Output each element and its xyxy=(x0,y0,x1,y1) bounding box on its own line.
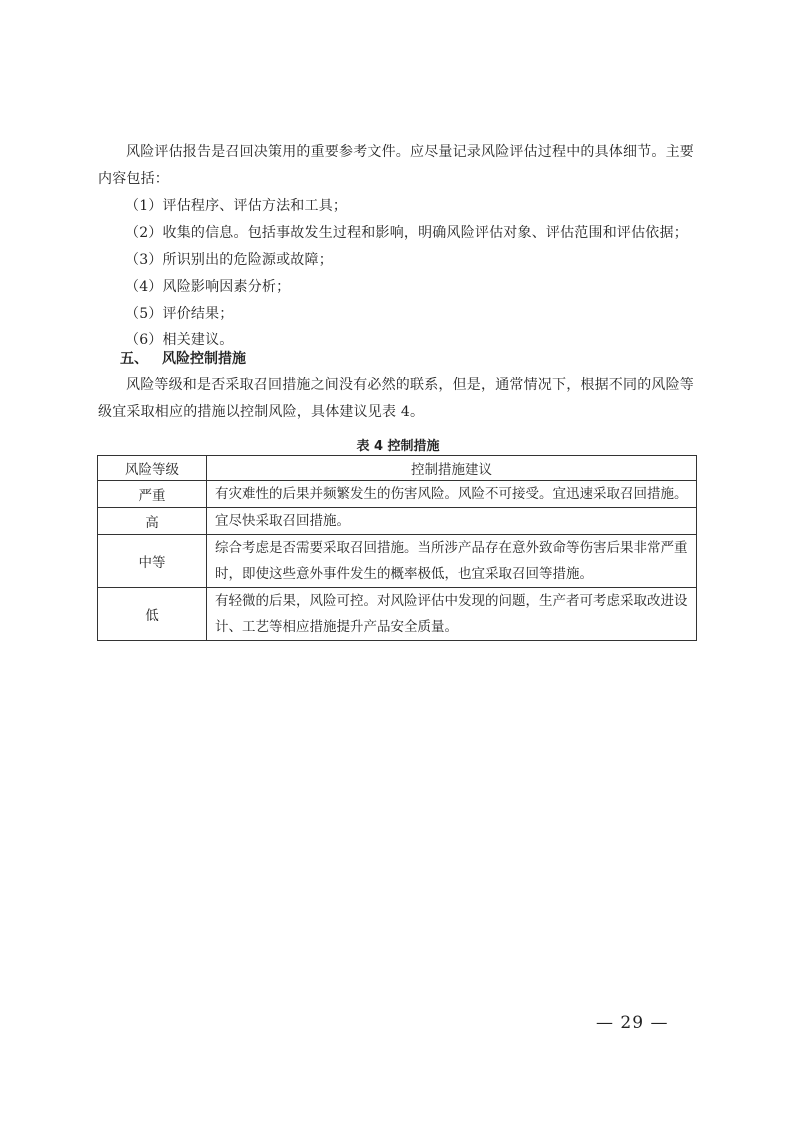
list-item: （5）评价结果； xyxy=(125,304,234,324)
measure-cell: 宜尽快采取召回措施。 xyxy=(207,508,697,535)
section-title: 风险控制措施 xyxy=(162,351,246,367)
risk-level-cell: 中等 xyxy=(98,535,207,588)
table-row: 中等 综合考虑是否需要采取召回措施。当所涉产品存在意外致命等伤害后果非常严重时，… xyxy=(98,535,697,588)
table-header-level: 风险等级 xyxy=(98,456,207,481)
intro-paragraph: 风险评估报告是召回决策用的重要参考文件。应尽量记录风险评估过程中的具体细节。主要… xyxy=(98,139,698,193)
list-item: （6）相关建议。 xyxy=(125,330,234,350)
table-row: 严重 有灾难性的后果并频繁发生的伤害风险。风险不可接受。宜迅速采取召回措施。 xyxy=(98,481,697,508)
section-number: 五、 xyxy=(120,351,148,367)
risk-level-cell: 高 xyxy=(98,508,207,535)
section-paragraph: 风险等级和是否采取召回措施之间没有必然的联系，但是，通常情况下，根据不同的风险等… xyxy=(98,372,698,426)
page-number: — 29 — xyxy=(596,1013,668,1033)
table-caption: 表 4 控制措施 xyxy=(98,435,698,454)
table-row: 低 有轻微的后果，风险可控。对风险评估中发现的问题，生产者可考虑采取改进设计、工… xyxy=(98,588,697,641)
table-header-measure: 控制措施建议 xyxy=(207,456,697,481)
measure-cell: 有轻微的后果，风险可控。对风险评估中发现的问题，生产者可考虑采取改进设计、工艺等… xyxy=(207,588,697,641)
section-heading: 五、风险控制措施 xyxy=(120,349,246,369)
document-page: 风险评估报告是召回决策用的重要参考文件。应尽量记录风险评估过程中的具体细节。主要… xyxy=(0,0,793,1122)
measure-cell: 有灾难性的后果并频繁发生的伤害风险。风险不可接受。宜迅速采取召回措施。 xyxy=(207,481,697,508)
table-row: 高 宜尽快采取召回措施。 xyxy=(98,508,697,535)
list-item: （3）所识别出的危险源或故障； xyxy=(125,250,333,270)
risk-level-cell: 低 xyxy=(98,588,207,641)
list-item: （2）收集的信息。包括事故发生过程和影响，明确风险评估对象、评估范围和评估依据； xyxy=(125,223,688,243)
control-measures-table: 风险等级 控制措施建议 严重 有灾难性的后果并频繁发生的伤害风险。风险不可接受。… xyxy=(97,455,697,641)
risk-level-cell: 严重 xyxy=(98,481,207,508)
list-item: （4）风险影响因素分析； xyxy=(125,277,290,297)
list-item: （1）评估程序、评估方法和工具； xyxy=(125,196,347,216)
measure-cell: 综合考虑是否需要采取召回措施。当所涉产品存在意外致命等伤害后果非常严重时，即使这… xyxy=(207,535,697,588)
